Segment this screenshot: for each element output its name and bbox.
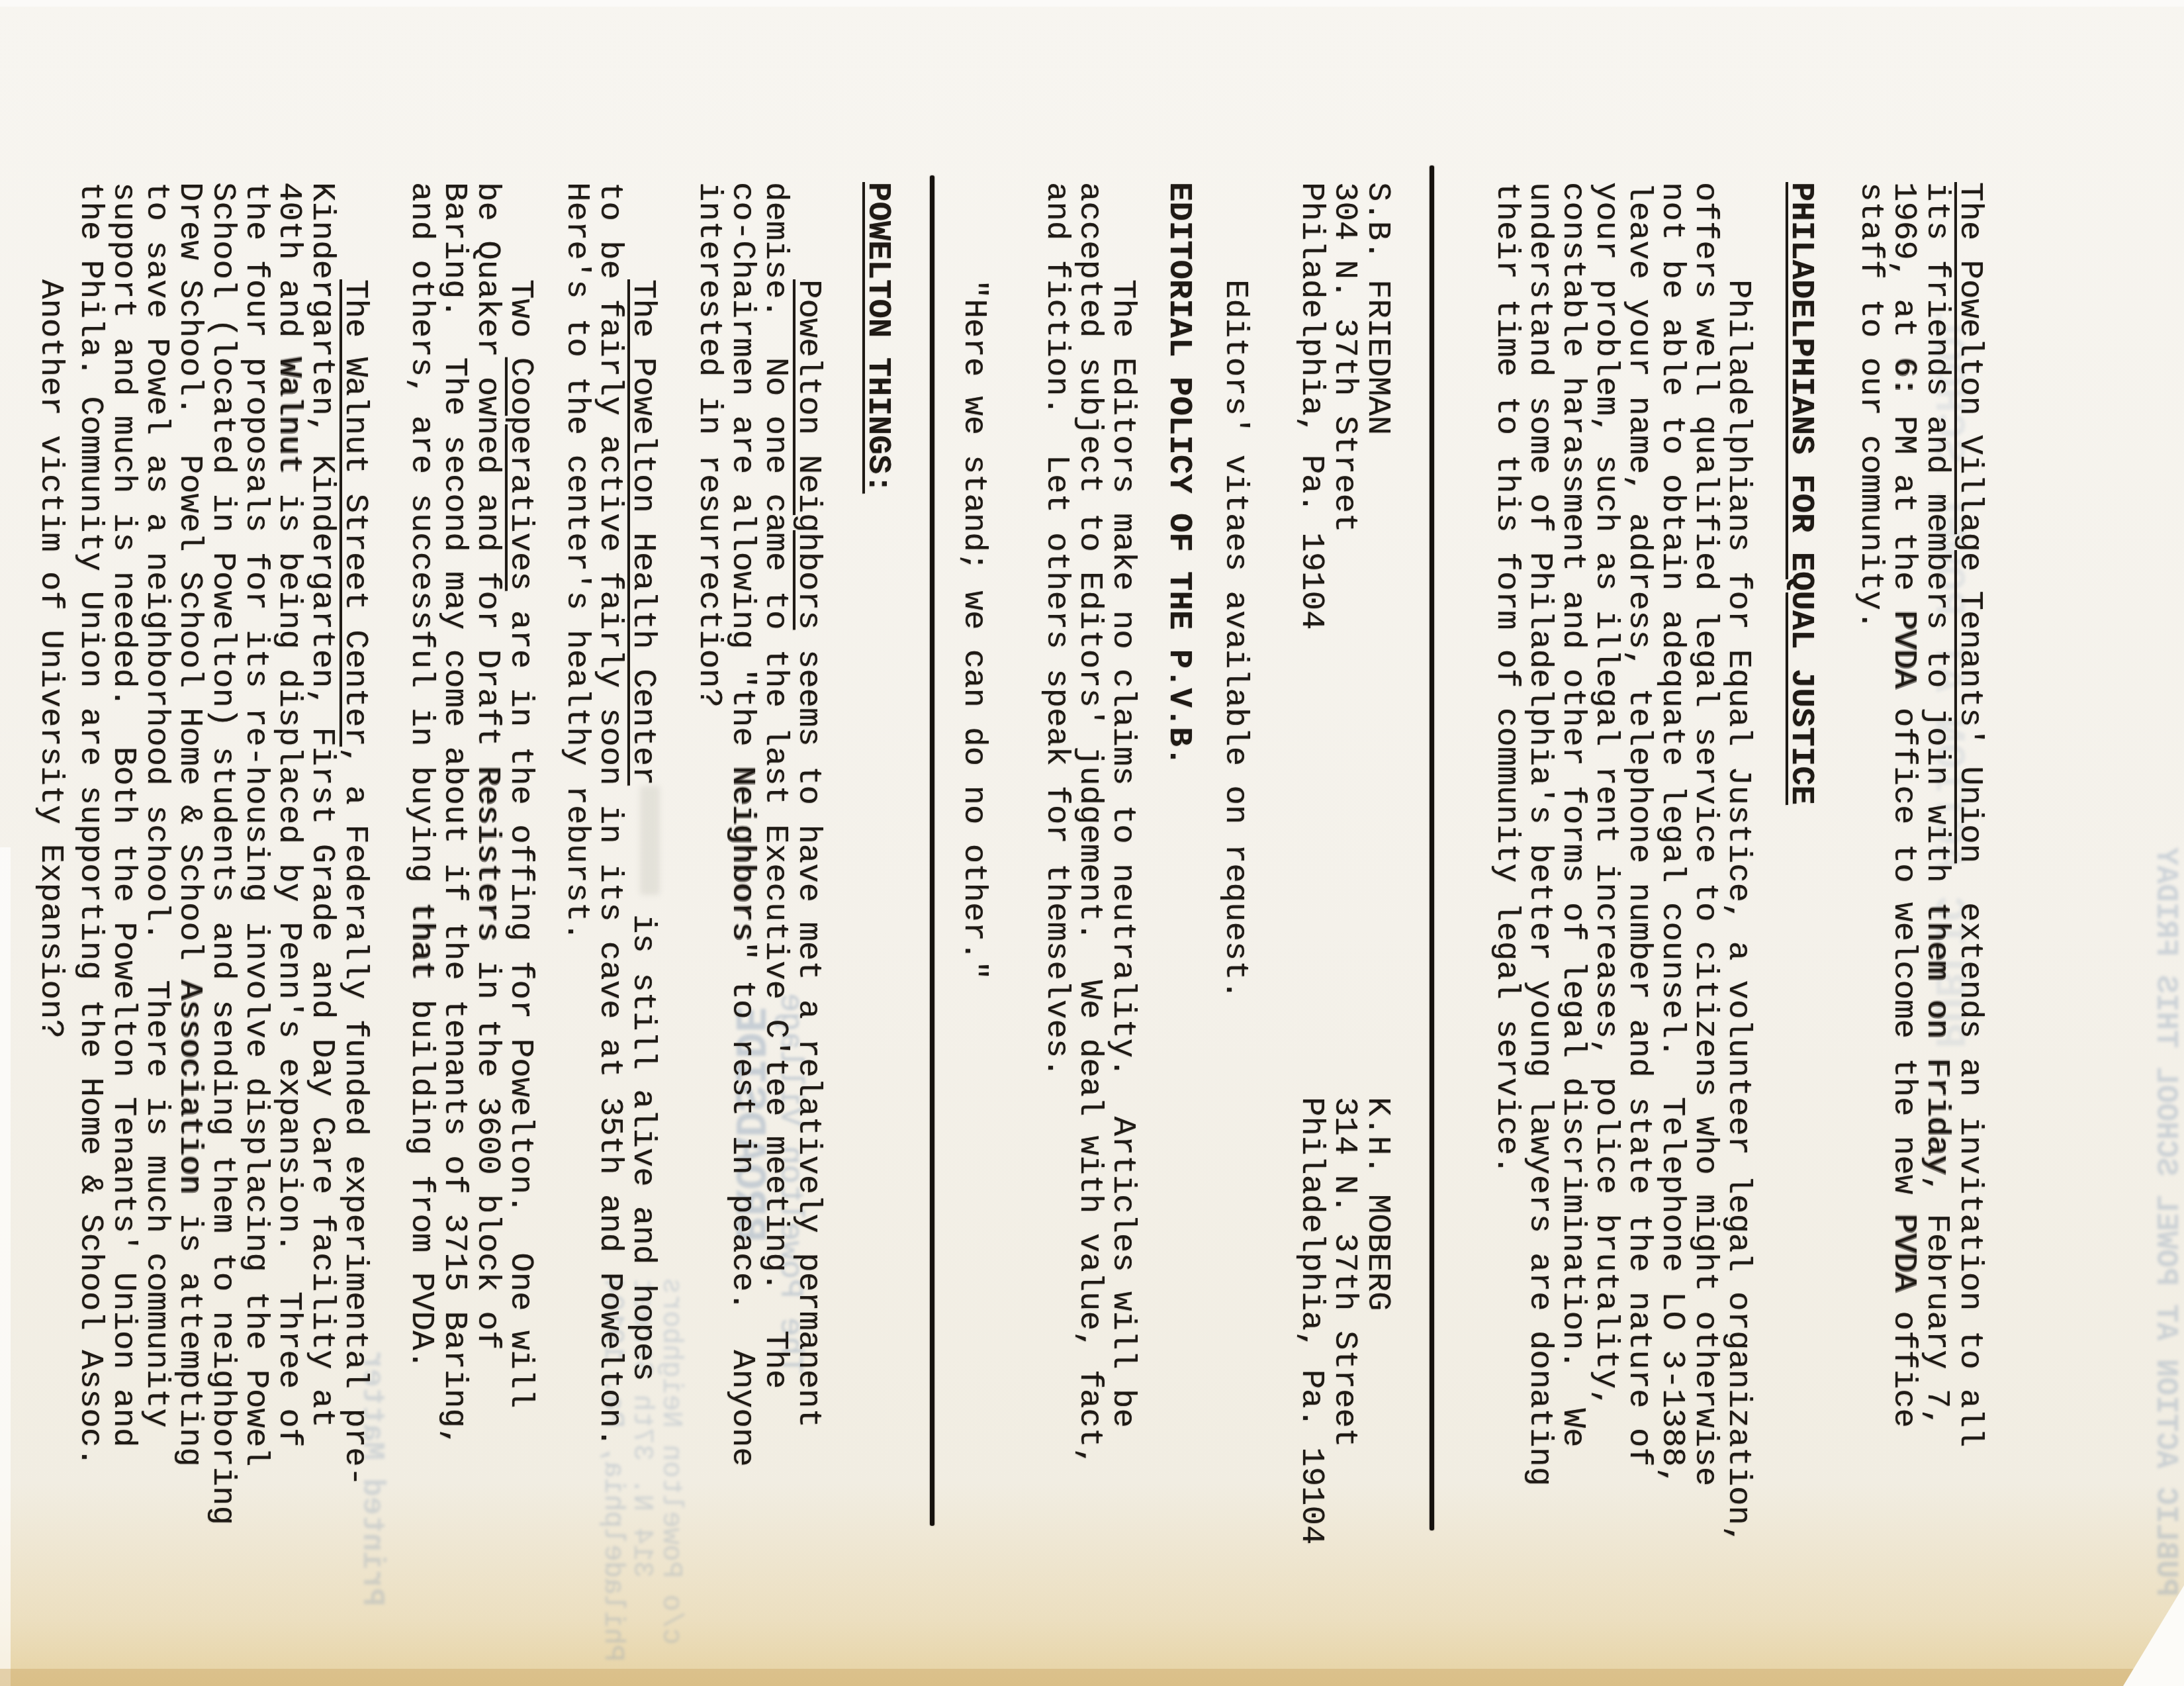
typewritten-line: understand some of Philadelphia's better… <box>1524 182 1557 1544</box>
scan-edge-bottom <box>0 1669 2184 1686</box>
typewritten-line: 304 N. 37th Street 314 N. 37th Street <box>1328 182 1361 1544</box>
typewritten-line: demise. No one came to the last Executiv… <box>759 182 792 1467</box>
typewritten-line: their time to this form of community leg… <box>1490 182 1524 1544</box>
typewritten-line: staff to our community. <box>1854 182 1888 1447</box>
typewritten-line: The Powelton Village Tenants' Union exte… <box>1954 182 1987 1447</box>
typewritten-line: 40th and Walnut is being displaced by Pe… <box>273 182 306 1525</box>
vitaes-note: Editors' vitaes available on request. <box>1219 182 1252 1000</box>
typewritten-line: The Walnut Street Center, a Federally fu… <box>339 182 372 1525</box>
powelton-things-heading: POWELTON THINGS: <box>862 182 895 493</box>
erased-text-smudge <box>640 786 660 895</box>
typewritten-line: Powelton Neighbors seems to have met a r… <box>792 182 825 1467</box>
typewritten-line: Two Cooperatives are in the offing for P… <box>504 182 537 1447</box>
typewritten-line: its friends and members to join with the… <box>1921 182 1954 1447</box>
typewritten-line: The Powelton Health Center is still aliv… <box>627 182 660 1447</box>
editorial-policy-heading: EDITORIAL POLICY OF THE P.V.B. <box>1163 182 1196 766</box>
scan-edge-left <box>0 847 11 1686</box>
typewritten-line: Editors' vitaes available on request. <box>1219 182 1252 1000</box>
powelton-neighbors-paragraph: Powelton Neighbors seems to have met a r… <box>693 182 825 1467</box>
typewritten-line: Baring. The second may come about if the… <box>438 182 471 1447</box>
equal-justice-heading: PHILADELPHIANS FOR EQUAL JUSTICE <box>1785 182 1818 805</box>
typewritten-line: PHILADELPHIANS FOR EQUAL JUSTICE <box>1785 182 1818 805</box>
typewritten-line: Philadelphians for Equal Justice, a volu… <box>1722 182 1755 1544</box>
typewritten-line: Philadelphia, Pa. 19104 Philadelphia, Pa… <box>1295 182 1328 1544</box>
typewritten-line: accepted subject to Editors' judgement. … <box>1073 182 1107 1467</box>
typewritten-line: 1969, at 6: PM at the PVDA office to wel… <box>1888 182 1921 1447</box>
typewritten-line: POWELTON THINGS: <box>862 182 895 493</box>
typewritten-line: support and much is needed. Both the Pow… <box>107 182 140 1525</box>
typewritten-line: and fiction. Let others speak for themse… <box>1040 182 1073 1467</box>
typewritten-line: constable harassment and other forms of … <box>1557 182 1590 1544</box>
typewritten-line: your problem, such as illegal rent incre… <box>1590 182 1623 1544</box>
editors-names: S.B. FRIEDMAN K.H. MOBERG304 N. 37th Str… <box>1295 182 1394 1544</box>
typewritten-line: EDITORIAL POLICY OF THE P.V.B. <box>1163 182 1196 766</box>
scan-edge-top <box>0 0 2184 7</box>
walnut-street-paragraph: The Walnut Street Center, a Federally fu… <box>74 182 372 1525</box>
page-corner-cut <box>2123 1585 2184 1686</box>
scanned-newsletter-page: PUBLIC ACTION AT POWEL SCHOOL THIS FRIDA… <box>0 0 2184 1686</box>
motto-quote: "Here we stand; we can do no other." <box>958 182 991 980</box>
closing-line: Another victim of University Expansion? <box>34 182 68 1039</box>
typewritten-line: co-Chairmen are allowing "the Neighbors"… <box>726 182 759 1467</box>
page: PUBLIC ACTION AT POWEL SCHOOL THIS FRIDA… <box>0 0 2184 1686</box>
cooperatives-paragraph: Two Cooperatives are in the offing for P… <box>405 182 537 1447</box>
typewritten-line: leave your name, address, telephone numb… <box>1623 182 1656 1544</box>
invitation-paragraph: The Powelton Village Tenants' Union exte… <box>1854 182 1987 1447</box>
rule-above-editors-names <box>1430 165 1434 1530</box>
typewritten-line: Drew School. Powel School Home & School … <box>173 182 206 1525</box>
bleed-through-text: PUBLIC ACTION AT POWEL SCHOOL THIS FRIDA… <box>2148 847 2183 1597</box>
typewritten-line: offers well qualified legal service to c… <box>1689 182 1722 1544</box>
typewritten-line: School (located in Powelton) students an… <box>206 182 240 1525</box>
typewritten-line: Here's to the center's healthy reburst. <box>561 182 594 1447</box>
typewritten-line: The Editors make no claims to neutrality… <box>1107 182 1140 1467</box>
equal-justice-paragraph: Philadelphians for Equal Justice, a volu… <box>1490 182 1755 1544</box>
editorial-policy-paragraph: The Editors make no claims to neutrality… <box>1040 182 1140 1467</box>
typewritten-line: "Here we stand; we can do no other." <box>958 182 991 980</box>
typewritten-line: Kindergarten, Kindergarten, First Grade … <box>306 182 339 1525</box>
typewritten-line: the Phila. Community Union are supportin… <box>74 182 107 1525</box>
typewritten-line: to save Powel as a neighborhood school. … <box>140 182 173 1525</box>
typewritten-line: and others, are successful in buying tha… <box>405 182 438 1447</box>
typewritten-line: be Quaker owned and for Draft Resisters … <box>471 182 504 1447</box>
typewritten-line: interested in resurrection? <box>693 182 726 1467</box>
typewritten-line: Another victim of University Expansion? <box>34 182 68 1039</box>
health-center-paragraph: The Powelton Health Center is still aliv… <box>561 182 660 1447</box>
typewritten-line: to be fairly active fairly soon in its c… <box>594 182 627 1447</box>
typewritten-line: not be able to obtain adequate legal cou… <box>1656 182 1689 1544</box>
rule-above-powelton-things <box>930 175 934 1526</box>
typewritten-line: the four proposals for its re-housing in… <box>240 182 273 1525</box>
typewritten-line: S.B. FRIEDMAN K.H. MOBERG <box>1361 182 1394 1544</box>
